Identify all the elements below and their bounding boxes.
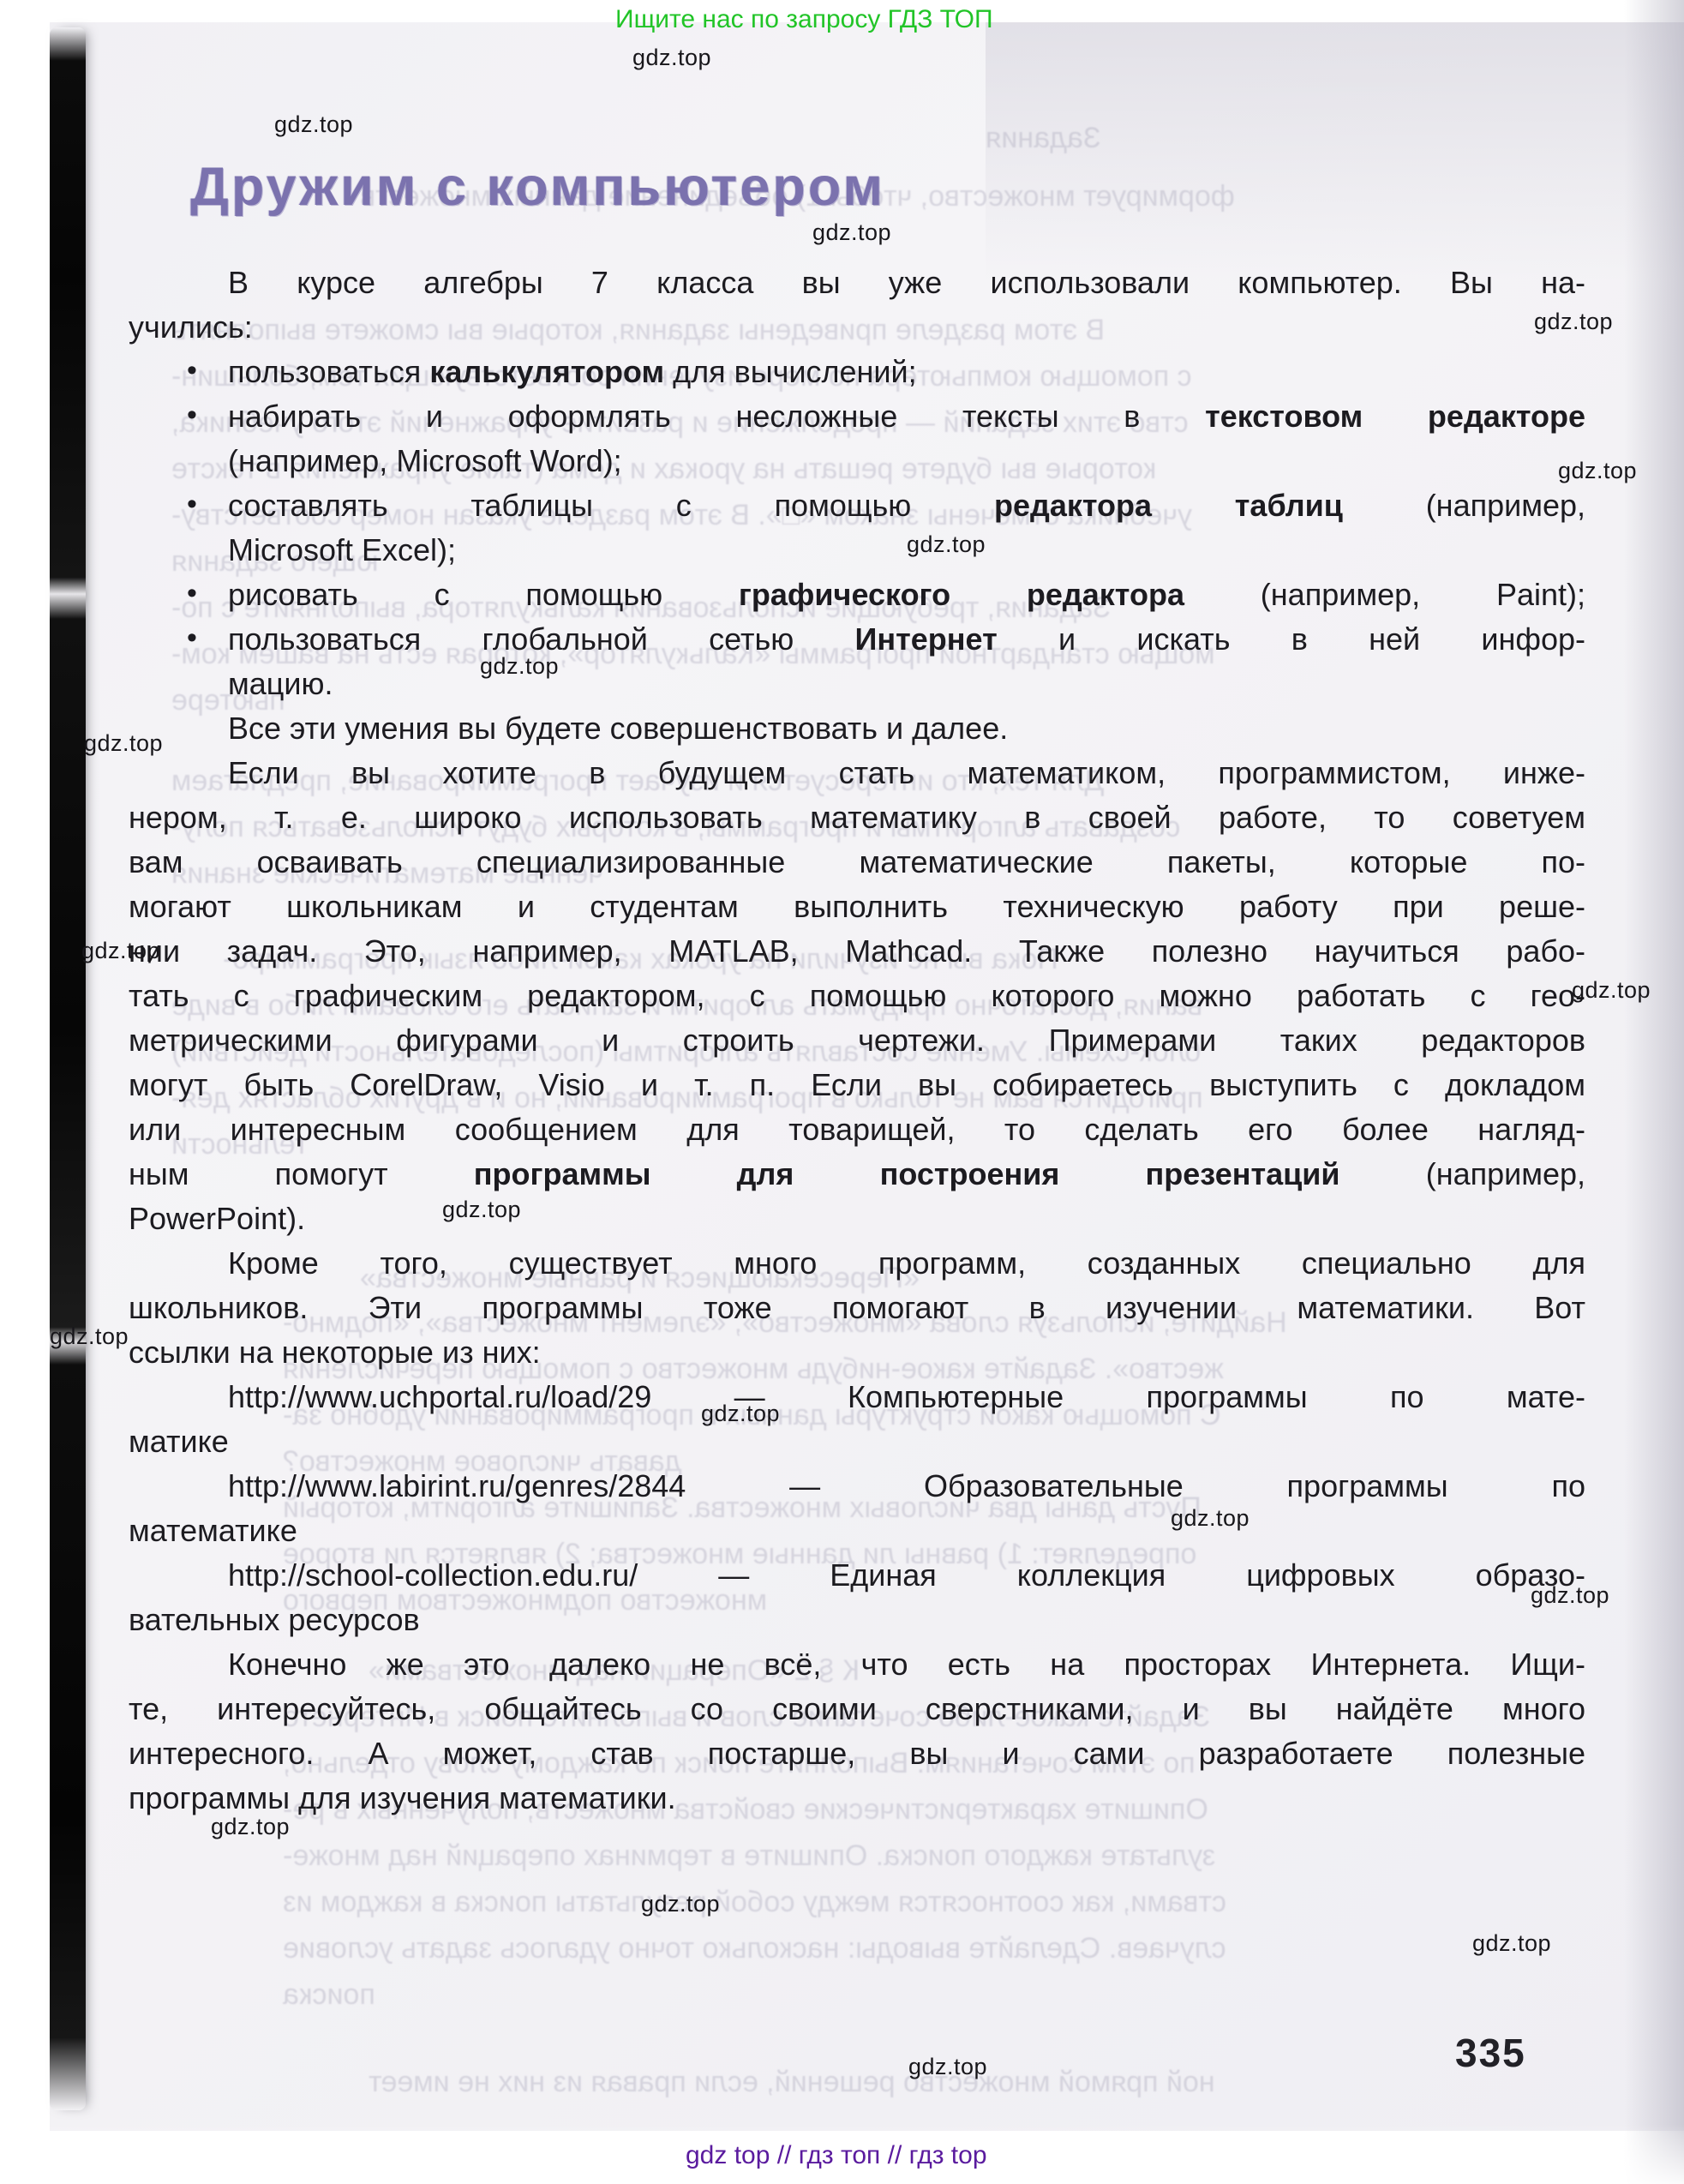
body-text-line: матике — [129, 1421, 1585, 1464]
promo-header-text: Ищите нас по запросу ГДЗ ТОП — [615, 5, 1095, 34]
bullet-marker: • — [187, 617, 197, 658]
body-text: и искать в ней инфор- — [998, 621, 1585, 657]
body-text-bold: Интернет — [855, 621, 998, 657]
body-text: Microsoft Excel); — [228, 532, 456, 567]
body-text-line: программы для изучения математики. — [129, 1778, 1585, 1821]
body-text: для вычислений; — [664, 354, 917, 389]
watermark-text: gdz.top — [1558, 458, 1637, 484]
body-text: могают школьникам и студентам выполнить … — [129, 889, 1585, 924]
bleedthrough-line: зультате каждого поиска. Опишите в терми… — [283, 1839, 1215, 1873]
watermark-text: gdz.top — [908, 2054, 987, 2080]
body-text: Конечно же это далеко не всё, что есть н… — [228, 1647, 1585, 1682]
body-text: школьников. Эти программы тоже помогают … — [129, 1290, 1585, 1325]
body-text-line: Кроме того, существует много программ, с… — [228, 1243, 1585, 1286]
scanned-textbook-page: Ищите нас по запросу ГДЗ ТОП Заданияформ… — [0, 0, 1684, 2184]
page-title: Дружим с компьютером — [190, 156, 885, 218]
body-text-line: интересного. А может, став постарше, вы … — [129, 1733, 1585, 1776]
scan-edge-right — [1624, 0, 1684, 2184]
body-text-line: Все эти умения вы будете совершенствоват… — [228, 708, 1585, 751]
body-text: Кроме того, существует много программ, с… — [228, 1245, 1585, 1281]
binding-shadow — [50, 27, 86, 2110]
body-text: (например, — [1343, 488, 1585, 523]
body-text: мацию. — [228, 666, 333, 701]
body-text: PowerPoint). — [129, 1201, 305, 1236]
body-text-line: набирать и оформлять несложные тексты в … — [228, 396, 1585, 439]
watermark-text: gdz.top — [1472, 1930, 1551, 1957]
watermark-text: gdz.top — [211, 1814, 290, 1840]
watermark-text: gdz.top — [812, 219, 891, 246]
body-text: http://www.uchportal.ru/load/29 — Компью… — [228, 1379, 1585, 1414]
watermark-text: gdz.top — [84, 730, 163, 757]
body-text: http://www.labirint.ru/genres/2844 — Обр… — [228, 1468, 1585, 1503]
body-text-bold: программы для построения презентаций — [474, 1156, 1340, 1191]
body-text-line: http://www.uchportal.ru/load/29 — Компью… — [228, 1377, 1585, 1419]
body-text-bold: калькулятором — [429, 354, 664, 389]
watermark-text: gdz.top — [50, 1323, 129, 1350]
body-text-line: те, интересуйтесь, общайтесь со своими с… — [129, 1689, 1585, 1731]
body-text: метрическими фигурами и строить чертежи.… — [129, 1023, 1585, 1058]
body-text: вательных ресурсов — [129, 1602, 420, 1637]
body-text: вам осваивать специализированные математ… — [129, 844, 1585, 879]
body-text-line: пользоваться глобальной сетью Интернет и… — [228, 619, 1585, 662]
body-text: Все эти умения вы будете совершенствоват… — [228, 711, 1008, 746]
bleedthrough-line: ствами, как соотносятся между собой резу… — [283, 1886, 1226, 1919]
body-text-line: вам осваивать специализированные математ… — [129, 842, 1585, 885]
watermark-text: gdz.top — [274, 111, 353, 138]
body-text: (например, Microsoft Word); — [228, 443, 622, 478]
body-text-line: Конечно же это далеко не всё, что есть н… — [228, 1644, 1585, 1687]
body-text: (например, — [1340, 1156, 1585, 1191]
bleedthrough-line: случаев. Сделайте выводы: насколько точн… — [283, 1932, 1226, 1965]
body-text-line: http://school-collection.edu.ru/ — Едина… — [228, 1555, 1585, 1598]
watermark-text: gdz.top — [907, 531, 986, 558]
bleedthrough-line: Задания — [986, 122, 1100, 155]
body-text: тать с графическим редактором, с помощью… — [129, 978, 1585, 1013]
body-text-line: тать с графическим редактором, с помощью… — [129, 975, 1585, 1018]
body-text-line: учились: — [129, 307, 1585, 350]
bullet-marker: • — [187, 483, 197, 525]
body-text-line: ным помогут программы для построения пре… — [129, 1154, 1585, 1197]
bullet-marker: • — [187, 573, 197, 614]
watermark-text: gdz.top — [641, 1891, 720, 1917]
watermark-text: gdz.top — [701, 1401, 780, 1427]
body-text-line: математике — [129, 1510, 1585, 1553]
body-text-line: нии задач. Это, например, MATLAB, Mathca… — [129, 931, 1585, 974]
body-text-line: школьников. Эти программы тоже помогают … — [129, 1287, 1585, 1330]
body-text: набирать и оформлять несложные тексты в — [228, 399, 1205, 434]
body-text-bold: текстовом редакторе — [1205, 399, 1585, 434]
promo-footer-text: gdz top // гдз топ // гдз top — [686, 2141, 987, 2170]
body-text: ссылки на некоторые из них: — [129, 1335, 541, 1370]
body-text-line: рисовать с помощью графического редактор… — [228, 574, 1585, 617]
watermark-text: gdz.top — [442, 1197, 521, 1223]
watermark-text: gdz.top — [480, 653, 559, 680]
body-text-line: могут быть CorelDraw, Visio и т. п. Если… — [129, 1065, 1585, 1107]
body-text-line: пользоваться калькулятором для вычислени… — [228, 351, 1585, 394]
body-text-bold: редактора таблиц — [994, 488, 1343, 523]
body-text-line: метрическими фигурами и строить чертежи.… — [129, 1020, 1585, 1063]
body-text: нером, т. е. широко использовать математ… — [129, 800, 1585, 835]
watermark-text: gdz.top — [1171, 1505, 1250, 1532]
body-text-line: вательных ресурсов — [129, 1599, 1585, 1642]
body-text: те, интересуйтесь, общайтесь со своими с… — [129, 1691, 1585, 1726]
body-text: ным помогут — [129, 1156, 474, 1191]
bleedthrough-line: ной прямой множество решений, если права… — [369, 2066, 1215, 2099]
body-text: http://school-collection.edu.ru/ — Едина… — [228, 1557, 1585, 1593]
body-text: В курсе алгебры 7 класса вы уже использо… — [228, 265, 1585, 300]
body-text: рисовать с помощью — [228, 577, 739, 612]
body-text-line: Если вы хотите в будущем стать математик… — [228, 753, 1585, 795]
body-text: учились: — [129, 309, 253, 345]
watermark-text: gdz.top — [1531, 1582, 1609, 1609]
body-text-line: PowerPoint). — [129, 1198, 1585, 1241]
body-text-line: мацию. — [228, 663, 1585, 706]
body-text: Если вы хотите в будущем стать математик… — [228, 755, 1585, 790]
body-text-line: В курсе алгебры 7 класса вы уже использо… — [228, 262, 1585, 305]
body-text-line: http://www.labirint.ru/genres/2844 — Обр… — [228, 1466, 1585, 1509]
body-text: пользоваться — [228, 354, 429, 389]
body-text: нии задач. Это, например, MATLAB, Mathca… — [129, 933, 1585, 969]
body-text-line: или интересным сообщением для товарищей,… — [129, 1109, 1585, 1152]
body-text-line: составлять таблицы с помощью редактора т… — [228, 485, 1585, 528]
body-text-line: (например, Microsoft Word); — [228, 441, 1585, 483]
watermark-text: gdz.top — [632, 45, 711, 71]
page-number: 335 — [1455, 2030, 1526, 2076]
body-text: программы для изучения математики. — [129, 1780, 676, 1815]
body-text: математике — [129, 1513, 297, 1548]
body-text-line: ссылки на некоторые из них: — [129, 1332, 1585, 1375]
body-text: матике — [129, 1424, 229, 1459]
watermark-text: gdz.top — [1572, 977, 1651, 1004]
body-text: или интересным сообщением для товарищей,… — [129, 1112, 1585, 1147]
watermark-text: gdz.top — [81, 938, 160, 964]
watermark-text: gdz.top — [1534, 309, 1613, 335]
body-text: могут быть CorelDraw, Visio и т. п. Если… — [129, 1067, 1585, 1102]
body-text-bold: графического редактора — [739, 577, 1184, 612]
body-text: (например, Paint); — [1184, 577, 1585, 612]
body-text-line: нером, т. е. широко использовать математ… — [129, 797, 1585, 840]
body-text: пользоваться глобальной сетью — [228, 621, 855, 657]
body-text-line: могают школьникам и студентам выполнить … — [129, 886, 1585, 929]
bullet-marker: • — [187, 350, 197, 391]
bleedthrough-line: поиска — [283, 1978, 375, 2012]
body-text: интересного. А может, став постарше, вы … — [129, 1736, 1585, 1771]
bullet-marker: • — [187, 394, 197, 435]
body-text: составлять таблицы с помощью — [228, 488, 994, 523]
